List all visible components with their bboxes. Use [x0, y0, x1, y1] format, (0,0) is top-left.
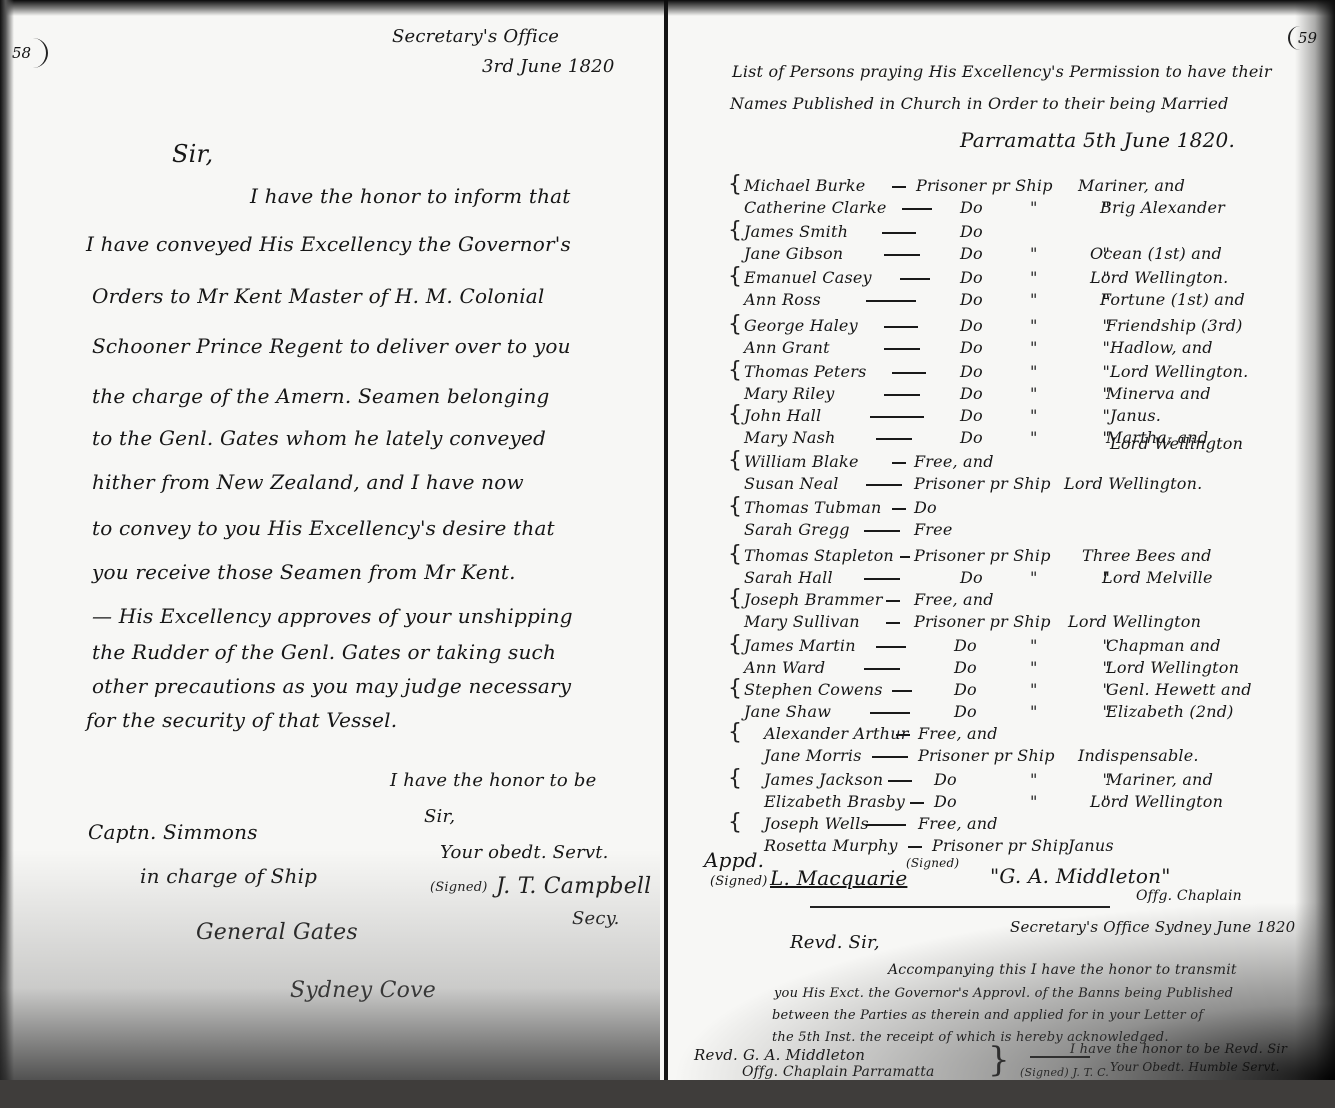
list-item: {John HallDo" "Janus. [670, 406, 1310, 428]
list-item: Ann GrantDo" "Hadlow, and [670, 338, 1310, 360]
list-item: Rosetta MurphyPrisoner pr ShipJanus [670, 836, 1310, 858]
letter-heading-place: Secretary's Office [392, 26, 559, 47]
approval-label: Appd. [704, 848, 764, 872]
list-item: {James JacksonDo" "Mariner, and [670, 770, 1310, 792]
list-item: Ann RossDo" "Fortune (1st) and [670, 290, 1310, 312]
bracket-icon: { [728, 312, 742, 337]
letter-body-line: the charge of the Amern. Seamen belongin… [92, 384, 550, 408]
list-item: {Thomas StapletonPrisoner pr ShipThree B… [670, 546, 1310, 568]
list-item: {Alexander ArthurFree, and [670, 724, 1310, 746]
list-item: {Joseph BrammerFree, and [670, 590, 1310, 612]
letter-body-line: Schooner Prince Regent to deliver over t… [92, 334, 571, 358]
scan-bottom-right-shade [668, 900, 1335, 1080]
chaplain-signature: "G. A. Middleton" [990, 864, 1171, 888]
letter-salutation: Sir, [172, 140, 213, 168]
letter-body-line: Orders to Mr Kent Master of H. M. Coloni… [92, 284, 545, 308]
list-item: {Joseph WellsFree, and [670, 814, 1310, 836]
list-item: Mary SullivanPrisoner pr ShipLord Wellin… [670, 612, 1310, 634]
manuscript-spread: 58 Secretary's Office 3rd June 1820 Sir,… [0, 0, 1335, 1080]
approval-signed-prefix: (Signed) [710, 874, 768, 889]
letter-body-line: for the security of that Vessel. [86, 708, 397, 732]
scan-bottom-left-shade [0, 850, 660, 1080]
list-item: {Thomas PetersDo" "Lord Wellington. [670, 362, 1310, 384]
list-item: {Michael BurkePrisoner pr ShipMariner, a… [670, 176, 1310, 198]
list-item: {George HaleyDo" "Friendship (3rd) [670, 316, 1310, 338]
letter-body-line: to the Genl. Gates whom he lately convey… [92, 426, 546, 450]
list-item: Sarah HallDo" "Lord Melville [670, 568, 1310, 590]
letter-body-line: the Rudder of the Genl. Gates or taking … [92, 640, 556, 664]
bracket-icon: { [728, 766, 742, 791]
list-item: Sarah GreggFree [670, 520, 1310, 542]
letter-body-line: to convey to you His Excellency's desire… [92, 516, 555, 540]
letter-body-line: you receive those Seamen from Mr Kent. [92, 560, 516, 584]
approval-signed-mid: (Signed) [906, 856, 959, 870]
scan-top-shadow [0, 0, 1335, 16]
bracket-icon: { [728, 586, 742, 611]
bracket-icon: { [728, 676, 742, 701]
bracket-icon: { [728, 402, 742, 427]
list-item: Ann WardDo" "Lord Wellington [670, 658, 1310, 680]
list-title-line-2: Names Published in Church in Order to th… [730, 94, 1229, 113]
list-item: {Emanuel CaseyDo" "Lord Wellington. [670, 268, 1310, 290]
bracket-icon: { [728, 810, 742, 835]
list-item: {James MartinDo" "Chapman and [670, 636, 1310, 658]
bracket-icon: { [728, 448, 742, 473]
bracket-icon: { [728, 494, 742, 519]
bracket-icon: { [728, 358, 742, 383]
list-item: Jane MorrisPrisoner pr ShipIndispensable… [670, 746, 1310, 768]
list-item: Susan NealPrisoner pr ShipLord Wellingto… [670, 474, 1310, 496]
bracket-icon: { [728, 542, 742, 567]
list-item: Mary RileyDo" "Minerva and [670, 384, 1310, 406]
bracket-icon: { [728, 218, 742, 243]
closing-line-2: Sir, [424, 806, 455, 827]
list-item: {Stephen CowensDo" "Genl. Hewett and [670, 680, 1310, 702]
letter-body-line: other precautions as you may judge neces… [92, 674, 571, 698]
list-item: Jane ShawDo" "Elizabeth (2nd) [670, 702, 1310, 724]
list-item: Jane GibsonDo" "Ocean (1st) and [670, 244, 1310, 266]
letter-body-line: I have the honor to inform that [250, 184, 571, 208]
governor-signature: L. Macquarie [770, 866, 907, 890]
letter-body-line: — His Excellency approves of your unship… [92, 604, 573, 628]
list-title-line-1: List of Persons praying His Excellency's… [732, 62, 1272, 81]
bracket-icon: { [728, 264, 742, 289]
bracket-icon: { [728, 720, 742, 745]
list-item: {James SmithDo [670, 222, 1310, 244]
bracket-icon: { [728, 172, 742, 197]
closing-line-1: I have the honor to be [390, 770, 596, 791]
letter-heading-date: 3rd June 1820 [482, 56, 615, 77]
list-item: {William BlakeFree, andLord Wellington [670, 452, 1310, 474]
list-place-date: Parramatta 5th June 1820. [960, 128, 1235, 152]
letter-body-line: hither from New Zealand, and I have now [92, 470, 524, 494]
list-item: Elizabeth BrasbyDo" "Lord Wellington [670, 792, 1310, 814]
bracket-icon: { [728, 632, 742, 657]
letter-body-line: I have conveyed His Excellency the Gover… [86, 232, 571, 256]
list-item: Catherine ClarkeDo" "Brig Alexander [670, 198, 1310, 220]
list-item: {Thomas TubmanDo [670, 498, 1310, 520]
addressee-line-1: Captn. Simmons [88, 820, 258, 844]
